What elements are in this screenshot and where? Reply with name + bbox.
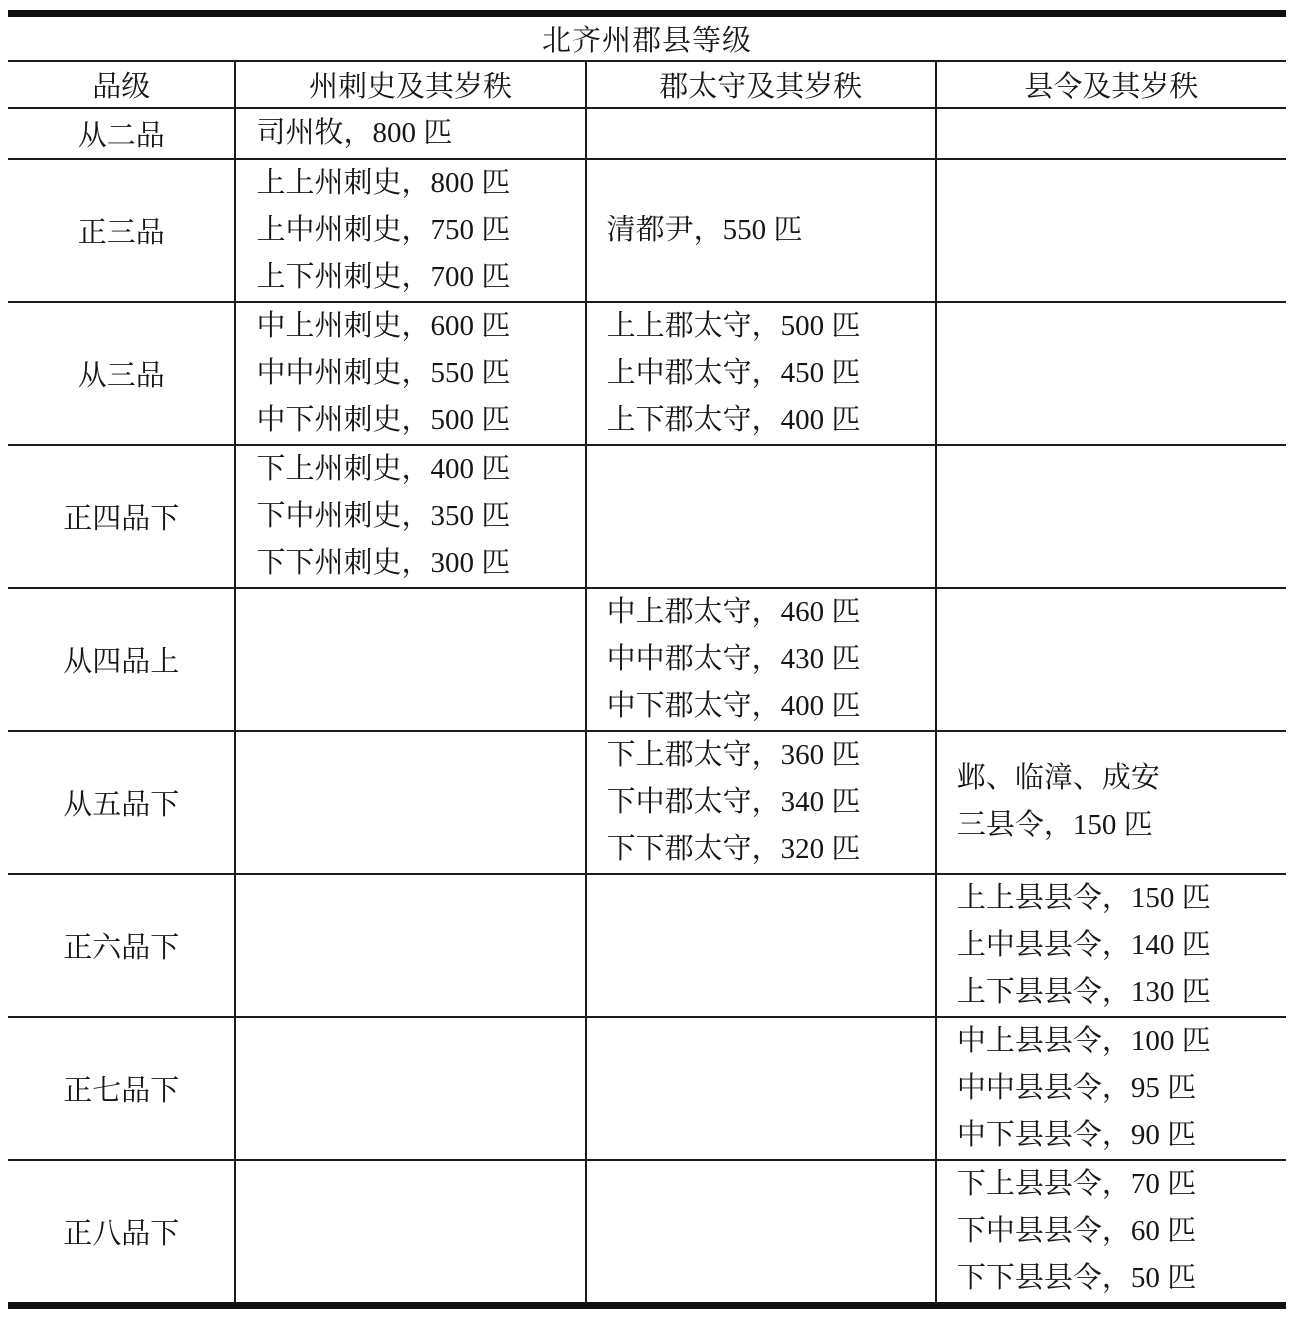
column-header-zhou-cishi: 州刺史及其岁秩 (235, 61, 585, 108)
cell-line: 邺、临漳、成安 (957, 755, 1286, 802)
rank-cell: 正三品 (8, 159, 235, 302)
cell-line: 中上县县令，100 匹 (957, 1018, 1286, 1065)
xian-cell (936, 108, 1286, 159)
cell-line: 中中州刺史，550 匹 (256, 350, 584, 397)
xian-cell: 下上县县令，70 匹 下中县县令，60 匹 下下县县令，50 匹 (936, 1160, 1286, 1306)
cell-line: 下上郡太守，360 匹 (607, 732, 935, 779)
table-header-row: 品级 州刺史及其岁秩 郡太守及其岁秩 县令及其岁秩 (8, 61, 1286, 108)
table-row: 从四品上 中上郡太守，460 匹 中中郡太守，430 匹 中下郡太守，400 匹 (8, 588, 1286, 731)
table-row: 正四品下 下上州刺史，400 匹 下中州刺史，350 匹 下下州刺史，300 匹 (8, 445, 1286, 588)
table-row: 正六品下 上上县县令，150 匹 上中县县令，140 匹 上下县县令，130 匹 (8, 874, 1286, 1017)
rank-cell: 从四品上 (8, 588, 235, 731)
cell-line: 下上县县令，70 匹 (957, 1161, 1286, 1208)
jun-cell (586, 874, 936, 1017)
zhou-cell: 下上州刺史，400 匹 下中州刺史，350 匹 下下州刺史，300 匹 (235, 445, 585, 588)
rank-cell: 从三品 (8, 302, 235, 445)
zhou-cell (235, 1160, 585, 1306)
rank-cell: 正七品下 (8, 1017, 235, 1160)
cell-line: 三县令，150 匹 (957, 802, 1286, 849)
rank-cell: 从五品下 (8, 731, 235, 874)
rank-table: 北齐州郡县等级 品级 州刺史及其岁秩 郡太守及其岁秩 县令及其岁秩 从二品 司州… (8, 10, 1286, 1309)
jun-cell: 上上郡太守，500 匹 上中郡太守，450 匹 上下郡太守，400 匹 (586, 302, 936, 445)
cell-line: 上上县县令，150 匹 (957, 875, 1286, 922)
xian-cell (936, 445, 1286, 588)
xian-cell (936, 159, 1286, 302)
xian-cell: 上上县县令，150 匹 上中县县令，140 匹 上下县县令，130 匹 (936, 874, 1286, 1017)
cell-line: 上中州刺史，750 匹 (256, 207, 584, 254)
xian-cell (936, 302, 1286, 445)
column-header-rank: 品级 (8, 61, 235, 108)
jun-cell (586, 108, 936, 159)
rank-cell: 从二品 (8, 108, 235, 159)
zhou-cell (235, 588, 585, 731)
cell-line: 下下县县令，50 匹 (957, 1255, 1286, 1302)
cell-line: 下中州刺史，350 匹 (256, 493, 584, 540)
cell-line: 中上郡太守，460 匹 (607, 589, 935, 636)
cell-line: 司州牧，800 匹 (256, 110, 584, 157)
cell-line: 中下郡太守，400 匹 (607, 683, 935, 730)
zhou-cell (235, 731, 585, 874)
jun-cell (586, 445, 936, 588)
xian-cell: 中上县县令，100 匹 中中县县令，95 匹 中下县县令，90 匹 (936, 1017, 1286, 1160)
table-row: 正三品 上上州刺史，800 匹 上中州刺史，750 匹 上下州刺史，700 匹 … (8, 159, 1286, 302)
cell-line: 下中县县令，60 匹 (957, 1208, 1286, 1255)
jun-cell: 中上郡太守，460 匹 中中郡太守，430 匹 中下郡太守，400 匹 (586, 588, 936, 731)
cell-line: 上上郡太守，500 匹 (607, 303, 935, 350)
jun-cell: 下上郡太守，360 匹 下中郡太守，340 匹 下下郡太守，320 匹 (586, 731, 936, 874)
table-title-row: 北齐州郡县等级 (8, 14, 1286, 61)
jun-cell (586, 1017, 936, 1160)
table-title: 北齐州郡县等级 (8, 14, 1286, 61)
cell-line: 清都尹，550 匹 (607, 207, 935, 254)
table-row: 正八品下 下上县县令，70 匹 下中县县令，60 匹 下下县县令，50 匹 (8, 1160, 1286, 1306)
table-row: 从三品 中上州刺史，600 匹 中中州刺史，550 匹 中下州刺史，500 匹 … (8, 302, 1286, 445)
table-row: 从五品下 下上郡太守，360 匹 下中郡太守，340 匹 下下郡太守，320 匹… (8, 731, 1286, 874)
cell-line: 下中郡太守，340 匹 (607, 779, 935, 826)
cell-line: 中中县县令，95 匹 (957, 1065, 1286, 1112)
zhou-cell: 上上州刺史，800 匹 上中州刺史，750 匹 上下州刺史，700 匹 (235, 159, 585, 302)
jun-cell: 清都尹，550 匹 (586, 159, 936, 302)
cell-line: 下下州刺史，300 匹 (256, 540, 584, 587)
cell-line: 下上州刺史，400 匹 (256, 446, 584, 493)
xian-cell: 邺、临漳、成安 三县令，150 匹 (936, 731, 1286, 874)
column-header-jun-taishou: 郡太守及其岁秩 (586, 61, 936, 108)
zhou-cell (235, 874, 585, 1017)
cell-line: 下下郡太守，320 匹 (607, 826, 935, 873)
rank-cell: 正八品下 (8, 1160, 235, 1306)
cell-line: 上上州刺史，800 匹 (256, 160, 584, 207)
cell-line: 上中郡太守，450 匹 (607, 350, 935, 397)
rank-cell: 正六品下 (8, 874, 235, 1017)
table-row: 正七品下 中上县县令，100 匹 中中县县令，95 匹 中下县县令，90 匹 (8, 1017, 1286, 1160)
cell-line: 中上州刺史，600 匹 (256, 303, 584, 350)
cell-line: 中下县县令，90 匹 (957, 1112, 1286, 1159)
zhou-cell: 司州牧，800 匹 (235, 108, 585, 159)
scanned-page: 北齐州郡县等级 品级 州刺史及其岁秩 郡太守及其岁秩 县令及其岁秩 从二品 司州… (0, 0, 1294, 1309)
cell-line: 上下郡太守，400 匹 (607, 397, 935, 444)
cell-line: 上下州刺史，700 匹 (256, 254, 584, 301)
rank-cell: 正四品下 (8, 445, 235, 588)
cell-line: 中下州刺史，500 匹 (256, 397, 584, 444)
table-row: 从二品 司州牧，800 匹 (8, 108, 1286, 159)
column-header-xian-ling: 县令及其岁秩 (936, 61, 1286, 108)
zhou-cell (235, 1017, 585, 1160)
cell-line: 中中郡太守，430 匹 (607, 636, 935, 683)
cell-line: 上下县县令，130 匹 (957, 969, 1286, 1016)
xian-cell (936, 588, 1286, 731)
cell-line: 上中县县令，140 匹 (957, 922, 1286, 969)
jun-cell (586, 1160, 936, 1306)
zhou-cell: 中上州刺史，600 匹 中中州刺史，550 匹 中下州刺史，500 匹 (235, 302, 585, 445)
